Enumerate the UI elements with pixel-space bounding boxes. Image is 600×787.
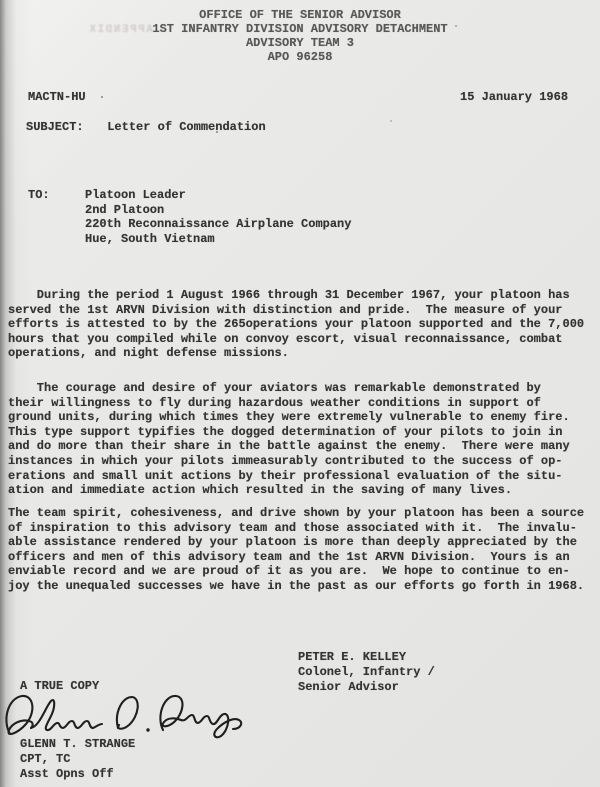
letterhead-line-division: 1ST INFANTRY DIVISION ADVISORY DETACHMEN… (0, 22, 600, 37)
body-paragraph-2: The courage and desire of your aviators … (8, 381, 570, 498)
letterhead-line-apo: APO 96258 (0, 50, 600, 65)
certifier-title: Asst Opns Off (20, 767, 114, 782)
subject-text: Letter of Commendation (107, 120, 265, 134)
scan-speck (101, 96, 103, 98)
scan-speck (455, 25, 457, 27)
signer-name: PETER E. KELLEY (298, 650, 406, 665)
certifier-name: GLENN T. STRANGE (20, 737, 135, 752)
scanned-letter-page: { "letterhead": { "lines": [ "OFFICE OF … (0, 0, 600, 787)
signer-rank: Colonel, Infantry / (298, 665, 435, 680)
scan-speck (216, 131, 218, 133)
body-paragraph-1: During the period 1 August 1966 through … (8, 288, 584, 361)
subject-label: SUBJECT: (26, 120, 84, 134)
letterhead-line-office: OFFICE OF THE SENIOR ADVISOR (0, 8, 600, 23)
date: 15 January 1968 (460, 90, 568, 105)
letterhead-line-team: ADVISORY TEAM 3 (0, 36, 600, 51)
subject-line: SUBJECT: Letter of Commendation (26, 117, 266, 135)
body-paragraph-3: The team spirit, cohesiveness, and drive… (8, 506, 584, 594)
recipient-address: Platoon Leader 2nd Platoon 220th Reconna… (85, 188, 351, 246)
office-symbol: MACTN-HU (28, 90, 86, 105)
certifier-rank: CPT, TC (20, 752, 70, 767)
to-label: TO: (28, 188, 50, 203)
scan-speck (390, 120, 392, 122)
signer-title: Senior Advisor (298, 680, 399, 695)
